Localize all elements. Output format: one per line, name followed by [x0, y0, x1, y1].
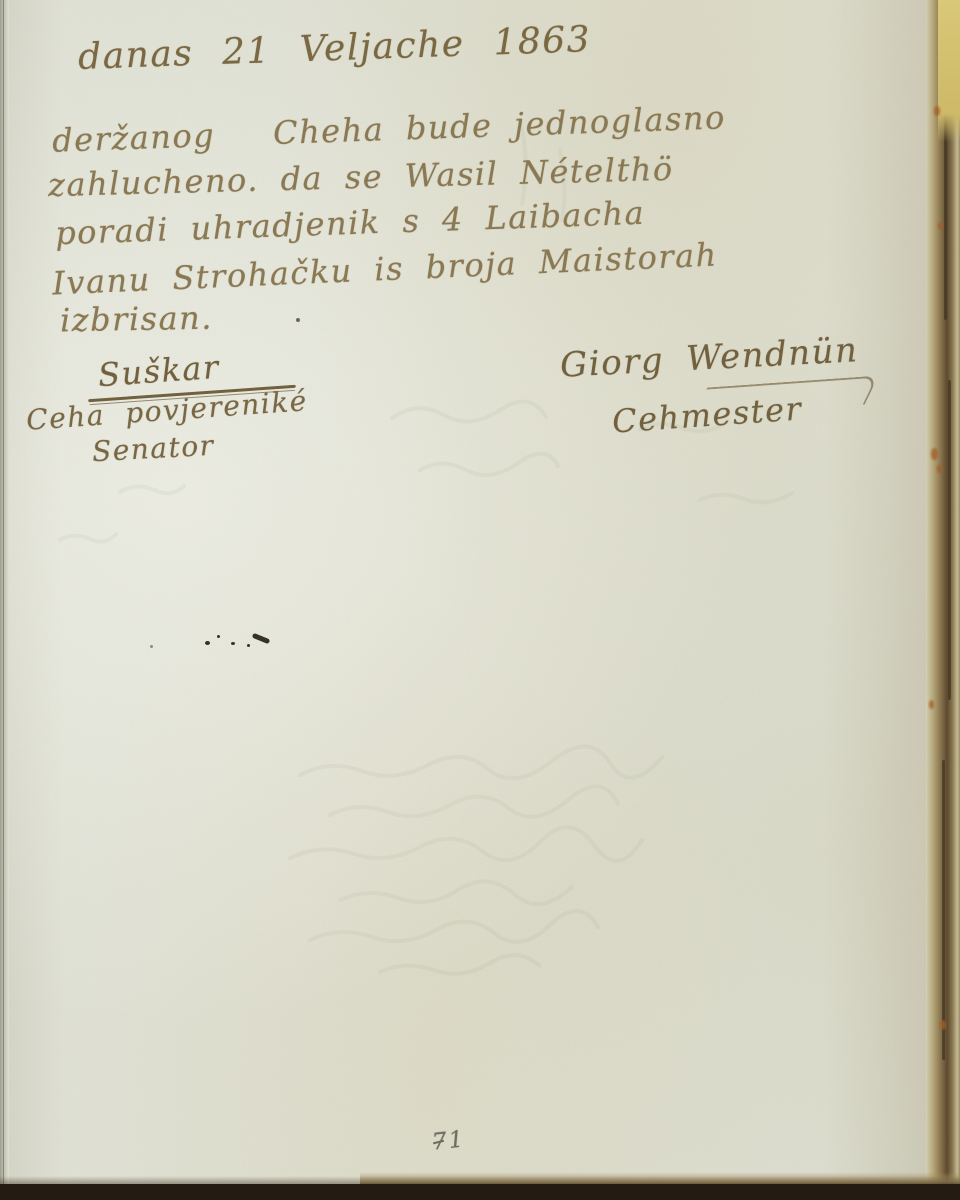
- ink-speck: [247, 644, 250, 647]
- left-page-edge-line: [3, 0, 4, 1200]
- left-page-edge: [0, 0, 9, 1200]
- page-number: 71: [431, 1126, 467, 1155]
- rust-spot: [929, 700, 934, 709]
- ink-speck: [296, 318, 300, 322]
- rust-spot: [938, 222, 943, 230]
- ink-speck: [205, 641, 210, 645]
- body-line-2-word: deržanog: [52, 116, 216, 160]
- ink-speck: [217, 635, 220, 638]
- body-line-6: izbrisan.: [60, 299, 214, 340]
- top-right-next-page-edge: [938, 0, 960, 142]
- rust-spot: [940, 1020, 946, 1030]
- ink-speck: [150, 645, 153, 648]
- signature-left-role2: Senator: [91, 429, 215, 468]
- background-below-page: [0, 1184, 960, 1200]
- page-edge-streak: [948, 380, 951, 700]
- rust-spot: [934, 106, 940, 116]
- scanned-book-photo: danas 21 Veljache 1863 deržanog Cheha bu…: [0, 0, 960, 1200]
- page-edge-streak: [942, 760, 945, 1060]
- rust-spot: [937, 465, 942, 473]
- rust-spot: [931, 448, 938, 460]
- ink-speck: [231, 642, 235, 645]
